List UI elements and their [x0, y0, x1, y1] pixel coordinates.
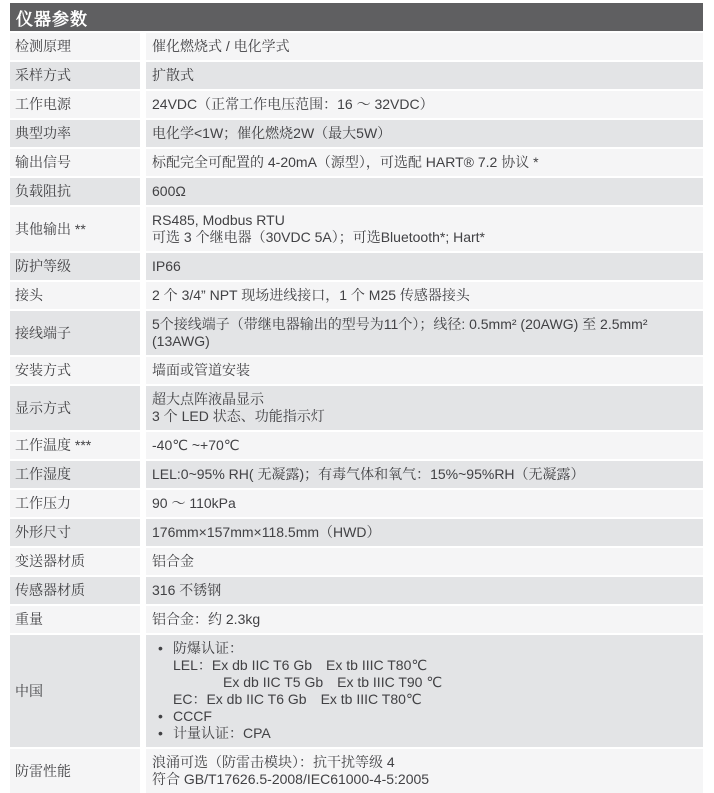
spec-row: 输出信号标配完全可配置的 4-20mA（源型），可选配 HART® 7.2 协议…: [10, 149, 703, 176]
bullet-text: 防爆认证：: [173, 640, 243, 657]
row-label: 外形尺寸: [10, 519, 140, 546]
spec-row: 工作压力90 ～ 110kPa: [10, 490, 703, 517]
bullet-icon: •: [158, 640, 173, 657]
spec-row: 工作湿度LEL:0~95% RH( 无凝露)；有毒气体和氧气：15%~95%RH…: [10, 461, 703, 488]
row-label: 典型功率: [10, 120, 140, 147]
row-label: 工作温度 ***: [10, 432, 140, 459]
value-line: 176mm×157mm×118.5mm（HWD）: [152, 524, 695, 541]
bullet-line: •防爆认证：: [152, 640, 695, 657]
row-value: 316 不锈钢: [146, 577, 703, 604]
value-line: 超大点阵液晶显示: [152, 391, 695, 408]
value-line: RS485, Modbus RTU: [152, 212, 695, 229]
value-line: 电化学<1W；催化燃烧2W（最大5W）: [152, 125, 695, 142]
value-line: 扩散式: [152, 67, 695, 84]
value-line: 催化燃烧式 / 电化学式: [152, 38, 695, 55]
value-line: 墙面或管道安装: [152, 362, 695, 379]
row-value: -40℃ ~+70℃: [146, 432, 703, 459]
row-label: 防护等级: [10, 253, 140, 280]
spec-row: 显示方式超大点阵液晶显示3 个 LED 状态、功能指示灯: [10, 386, 703, 430]
value-line: LEL：Ex db IIC T6 Gb Ex tb IIIC T80℃: [152, 657, 695, 674]
row-value: 2 个 3/4” NPT 现场进线接口，1 个 M25 传感器接头: [146, 282, 703, 309]
value-line: 可选 3 个继电器（30VDC 5A）；可选Bluetooth*; Hart*: [152, 229, 695, 246]
row-value: RS485, Modbus RTU可选 3 个继电器（30VDC 5A）；可选B…: [146, 207, 703, 251]
row-label: 输出信号: [10, 149, 140, 176]
row-label: 安装方式: [10, 357, 140, 384]
spec-row: 重量铝合金：约 2.3kg: [10, 606, 703, 633]
row-label: 工作湿度: [10, 461, 140, 488]
row-label: 其他输出 **: [10, 207, 140, 251]
value-line: LEL:0~95% RH( 无凝露)；有毒气体和氧气：15%~95%RH（无凝露…: [152, 466, 695, 483]
row-value: 扩散式: [146, 62, 703, 89]
spec-row: 安装方式墙面或管道安装: [10, 357, 703, 384]
value-line: Ex db IIC T5 Gb Ex tb IIIC T90 ℃: [152, 674, 695, 691]
row-label: 重量: [10, 606, 140, 633]
row-label: 接线端子: [10, 311, 140, 355]
row-value: 电化学<1W；催化燃烧2W（最大5W）: [146, 120, 703, 147]
row-value: IP66: [146, 253, 703, 280]
row-value: 24VDC（正常工作电压范围：16 ～ 32VDC）: [146, 91, 703, 118]
bullet-text: CCCF: [173, 708, 212, 725]
row-label: 采样方式: [10, 62, 140, 89]
row-label: 工作电源: [10, 91, 140, 118]
value-line: (13AWG): [152, 333, 695, 350]
bullet-text: 计量认证：CPA: [173, 725, 271, 742]
spec-row: 变送器材质铝合金: [10, 548, 703, 575]
row-value: 600Ω: [146, 178, 703, 205]
value-line: 600Ω: [152, 183, 695, 200]
spec-row: 防雷性能浪涌可选（防雷击模块）：抗干扰等级 4符合 GB/T17626.5-20…: [10, 749, 703, 793]
value-line: 24VDC（正常工作电压范围：16 ～ 32VDC）: [152, 96, 695, 113]
value-line: 316 不锈钢: [152, 582, 695, 599]
spec-row: 接头2 个 3/4” NPT 现场进线接口，1 个 M25 传感器接头: [10, 282, 703, 309]
row-value: 90 ～ 110kPa: [146, 490, 703, 517]
value-line: 符合 GB/T17626.5-2008/IEC61000-4-5:2005: [152, 771, 695, 788]
row-value: 墙面或管道安装: [146, 357, 703, 384]
row-value: 标配完全可配置的 4-20mA（源型），可选配 HART® 7.2 协议 *: [146, 149, 703, 176]
row-label: 工作压力: [10, 490, 140, 517]
value-line: 铝合金：约 2.3kg: [152, 611, 695, 628]
spec-table-body: 检测原理催化燃烧式 / 电化学式采样方式扩散式工作电源24VDC（正常工作电压范…: [10, 33, 703, 793]
bullet-icon: •: [158, 725, 173, 742]
spec-row: 防护等级IP66: [10, 253, 703, 280]
spec-row: 中国•防爆认证：LEL：Ex db IIC T6 Gb Ex tb IIIC T…: [10, 635, 703, 747]
spec-row: 其他输出 **RS485, Modbus RTU可选 3 个继电器（30VDC …: [10, 207, 703, 251]
row-value: 铝合金：约 2.3kg: [146, 606, 703, 633]
bullet-line: •计量认证：CPA: [152, 725, 695, 742]
value-line: 90 ～ 110kPa: [152, 495, 695, 512]
spec-row: 工作温度 ***-40℃ ~+70℃: [10, 432, 703, 459]
table-header: 仪器参数: [10, 3, 703, 31]
spec-row: 接线端子5个接线端子（带继电器输出的型号为11个）；线径: 0.5mm² (20…: [10, 311, 703, 355]
spec-row: 采样方式扩散式: [10, 62, 703, 89]
spec-row: 负载阻抗600Ω: [10, 178, 703, 205]
spec-table: 仪器参数 检测原理催化燃烧式 / 电化学式采样方式扩散式工作电源24VDC（正常…: [10, 3, 703, 793]
row-value: 铝合金: [146, 548, 703, 575]
value-line: 3 个 LED 状态、功能指示灯: [152, 408, 695, 425]
spec-row: 外形尺寸176mm×157mm×118.5mm（HWD）: [10, 519, 703, 546]
row-value: 5个接线端子（带继电器输出的型号为11个）；线径: 0.5mm² (20AWG)…: [146, 311, 703, 355]
row-label: 显示方式: [10, 386, 140, 430]
value-line: 5个接线端子（带继电器输出的型号为11个）；线径: 0.5mm² (20AWG)…: [152, 316, 695, 333]
value-line: 浪涌可选（防雷击模块）：抗干扰等级 4: [152, 754, 695, 771]
spec-row: 检测原理催化燃烧式 / 电化学式: [10, 33, 703, 60]
bullet-icon: •: [158, 708, 173, 725]
bullet-line: •CCCF: [152, 708, 695, 725]
spec-row: 工作电源24VDC（正常工作电压范围：16 ～ 32VDC）: [10, 91, 703, 118]
value-line: -40℃ ~+70℃: [152, 437, 695, 454]
row-value: LEL:0~95% RH( 无凝露)；有毒气体和氧气：15%~95%RH（无凝露…: [146, 461, 703, 488]
row-value: 176mm×157mm×118.5mm（HWD）: [146, 519, 703, 546]
row-label: 传感器材质: [10, 577, 140, 604]
row-label: 变送器材质: [10, 548, 140, 575]
row-value: •防爆认证：LEL：Ex db IIC T6 Gb Ex tb IIIC T80…: [146, 635, 703, 747]
row-label: 负载阻抗: [10, 178, 140, 205]
row-value: 浪涌可选（防雷击模块）：抗干扰等级 4符合 GB/T17626.5-2008/I…: [146, 749, 703, 793]
row-value: 超大点阵液晶显示3 个 LED 状态、功能指示灯: [146, 386, 703, 430]
row-label: 检测原理: [10, 33, 140, 60]
value-line: IP66: [152, 258, 695, 275]
value-line: 2 个 3/4” NPT 现场进线接口，1 个 M25 传感器接头: [152, 287, 695, 304]
spec-row: 传感器材质316 不锈钢: [10, 577, 703, 604]
table-title: 仪器参数: [16, 5, 88, 30]
spec-row: 典型功率电化学<1W；催化燃烧2W（最大5W）: [10, 120, 703, 147]
value-line: EC：Ex db IIC T6 Gb Ex tb IIIC T80℃: [152, 691, 695, 708]
row-value: 催化燃烧式 / 电化学式: [146, 33, 703, 60]
row-label: 防雷性能: [10, 749, 140, 793]
value-line: 铝合金: [152, 553, 695, 570]
row-label: 中国: [10, 635, 140, 747]
row-label: 接头: [10, 282, 140, 309]
value-line: 标配完全可配置的 4-20mA（源型），可选配 HART® 7.2 协议 *: [152, 154, 695, 171]
